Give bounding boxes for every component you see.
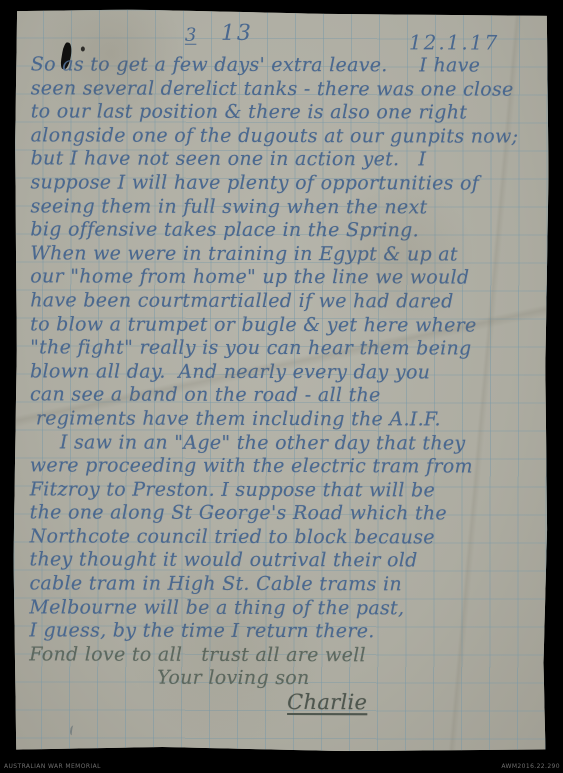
letter-line: have been courtmartialled if we had dare… xyxy=(30,289,538,314)
stray-pen-mark xyxy=(70,725,76,735)
letter-line: Fond love to all trust all are well xyxy=(29,643,537,668)
letter-line: suppose I will have plenty of opportunit… xyxy=(30,171,538,196)
letter-line: to blow a trumpet or bugle & yet here wh… xyxy=(30,313,538,338)
letter-line: but I have not seen one in action yet. I xyxy=(31,148,539,173)
letter-line: I guess, by the time I return there. xyxy=(29,620,537,645)
letter-line: Charlie xyxy=(29,690,537,715)
letter-line: Northcote council tried to block because xyxy=(30,525,538,550)
letter-line: alongside one of the dugouts at our gunp… xyxy=(31,124,539,149)
letter-line: the one along St George's Road which the xyxy=(30,502,538,527)
letter-line: big offensive takes place in the Spring. xyxy=(30,218,538,243)
letter-line: cable tram in High St. Cable trams in xyxy=(29,572,537,597)
ink-dot xyxy=(81,46,85,51)
letter-line: seen several derelict tanks - there was … xyxy=(31,77,539,102)
letter-line: "the fight" really is you can hear them … xyxy=(30,336,538,361)
scan-viewport: { "colors": { "background": "#000000", "… xyxy=(0,0,563,773)
letter-line: can see a band on the road - all the xyxy=(30,384,538,409)
letter-line: Fitzroy to Preston. I suppose that will … xyxy=(30,478,538,503)
letter-line: So as to get a few days' extra leave. I … xyxy=(31,53,539,78)
letter-line: blown all day. And nearly every day you xyxy=(30,360,538,385)
letter-line: When we were in training in Egypt & up a… xyxy=(30,242,538,267)
letter-lines: So as to get a few days' extra leave. I … xyxy=(29,53,539,715)
letter-line: regiments have them including the A.I.F. xyxy=(30,407,538,432)
letter-date: 12.1.17 xyxy=(409,30,499,54)
archive-caption-left: AUSTRALIAN WAR MEMORIAL xyxy=(4,764,101,770)
letter-line: our "home from home" up the line we woul… xyxy=(30,266,538,291)
letter-line: to our last position & there is also one… xyxy=(31,101,539,126)
letter-line: Melbourne will be a thing of the past, xyxy=(29,596,537,621)
page-number-large: 13 xyxy=(221,21,253,46)
letter-line: Your loving son xyxy=(29,667,537,692)
letter-line: seeing them in full swing when the next xyxy=(30,195,538,220)
page-number-small: 3 xyxy=(185,25,197,46)
letter-line: I saw in an "Age" the other day that the… xyxy=(30,431,538,456)
letter-page: 3 13 12.1.17 So as to get a few days' ex… xyxy=(13,9,549,751)
letter-line: were proceeding with the electric tram f… xyxy=(30,454,538,479)
archive-reference-number: AWM2016.22.290 xyxy=(501,764,560,770)
letter-line: they thought it would outrival their old xyxy=(29,549,537,574)
